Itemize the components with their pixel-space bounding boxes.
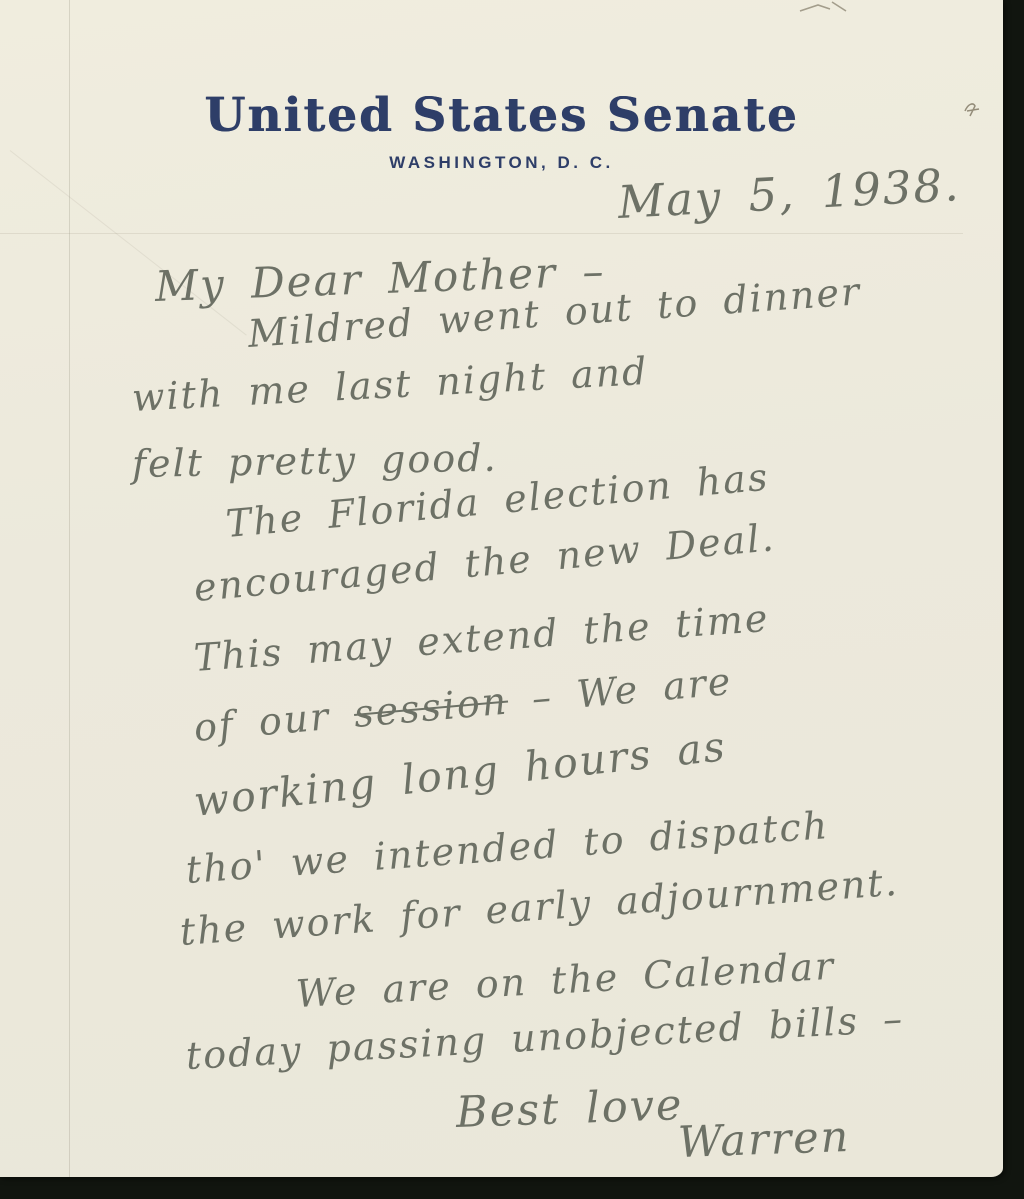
pencil-mark-icon bbox=[960, 98, 984, 120]
line-text: of our bbox=[192, 692, 356, 750]
line-text: – We are bbox=[506, 659, 734, 722]
handwriting-line: with me last night and bbox=[131, 349, 650, 420]
letterhead-title: United States Senate bbox=[0, 88, 1003, 143]
handwriting-line: today passing unobjected bills – bbox=[185, 996, 905, 1078]
struck-word: session bbox=[352, 679, 510, 736]
fold-line-horizontal bbox=[0, 233, 963, 234]
fold-line-vertical bbox=[69, 0, 70, 1177]
letterhead: United States Senate WASHINGTON, D. C. bbox=[0, 0, 1003, 173]
signature: Warren bbox=[677, 1112, 851, 1168]
handwriting-line: felt pretty good. bbox=[132, 436, 498, 486]
scanned-letter-page: United States Senate WASHINGTON, D. C. M… bbox=[0, 0, 1024, 1199]
closing-line: Best love bbox=[455, 1080, 684, 1138]
pencil-mark-icon bbox=[798, 0, 860, 14]
letter-paper: United States Senate WASHINGTON, D. C. M… bbox=[0, 0, 1003, 1177]
